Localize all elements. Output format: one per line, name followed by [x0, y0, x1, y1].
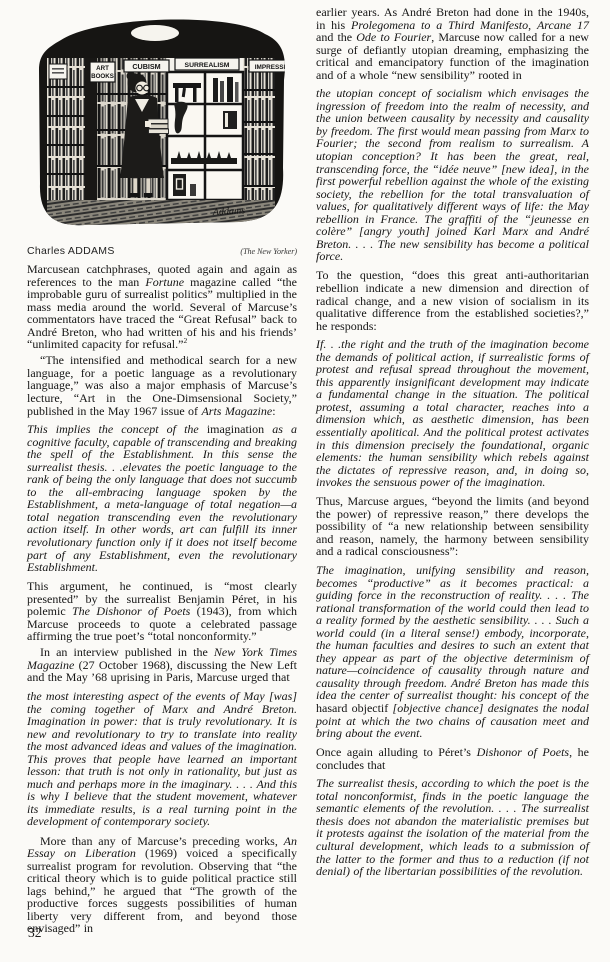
cartoon-caption: Charles ADDAMS (The New Yorker) — [27, 245, 297, 257]
cartoon-source: (The New Yorker) — [240, 247, 297, 256]
blockquote-if-the-right: If. . .the right and the truth of the im… — [316, 338, 589, 489]
magazine-page: ART BOOKS CUBISM SURREALISM IMPRESSI Add… — [0, 0, 610, 962]
blockquote-this-implies: This implies the concept of the imaginat… — [27, 423, 297, 574]
paragraph-to-the-question: To the question, “does this great anti-a… — [316, 269, 589, 332]
blockquote-most-interesting: the most interesting aspect of the event… — [27, 690, 297, 828]
surrealism-shelf-unit — [167, 72, 243, 200]
svg-text:BOOKS: BOOKS — [91, 73, 114, 80]
paragraph-more-than: More than any of Marcuse’s preceding wor… — [27, 835, 297, 935]
paragraph-earlier-years: earlier years. As André Breton had done … — [316, 6, 589, 81]
cartoon-figure: ART BOOKS CUBISM SURREALISM IMPRESSI Add… — [27, 8, 297, 243]
addams-cartoon: ART BOOKS CUBISM SURREALISM IMPRESSI Add… — [27, 8, 297, 238]
blockquote-utopian-concept: the utopian concept of socialism which e… — [316, 87, 589, 263]
paragraph-marcusean: Marcusean catchphrases, quoted again and… — [27, 263, 297, 351]
paragraph-once-again: Once again alluding to Péret’s Dishonor … — [316, 746, 589, 771]
cartoon-credit: Charles ADDAMS — [27, 245, 115, 257]
sign-art-books-label: ART — [96, 65, 109, 72]
sign-surrealism-label: SURREALISM — [185, 62, 230, 69]
right-column: earlier years. As André Breton had done … — [316, 6, 589, 884]
small-sign — [49, 64, 67, 79]
left-column: ART BOOKS CUBISM SURREALISM IMPRESSI Add… — [27, 8, 297, 938]
addams-signature: Addams — [212, 205, 246, 218]
ceiling-light — [131, 25, 179, 41]
blockquote-surrealist-thesis: The surrealist thesis, according to whic… — [316, 777, 589, 877]
sign-impressionism-label: IMPRESSI — [255, 64, 286, 71]
held-books — [145, 119, 169, 134]
paragraph-interview: In an interview published in the New Yor… — [27, 646, 297, 684]
bookshelf-right — [243, 58, 275, 200]
blockquote-imagination-unifying: The imagination, unifying sensibility an… — [316, 564, 589, 740]
paragraph-intensified: “The intensified and methodical search f… — [27, 354, 297, 417]
sign-cubism-label: CUBISM — [132, 62, 160, 71]
paragraph-this-argument: This argument, he continued, is “most cl… — [27, 580, 297, 643]
paragraph-thus-marcuse: Thus, Marcuse argues, “beyond the limits… — [316, 495, 589, 558]
page-number: 32 — [28, 925, 42, 941]
